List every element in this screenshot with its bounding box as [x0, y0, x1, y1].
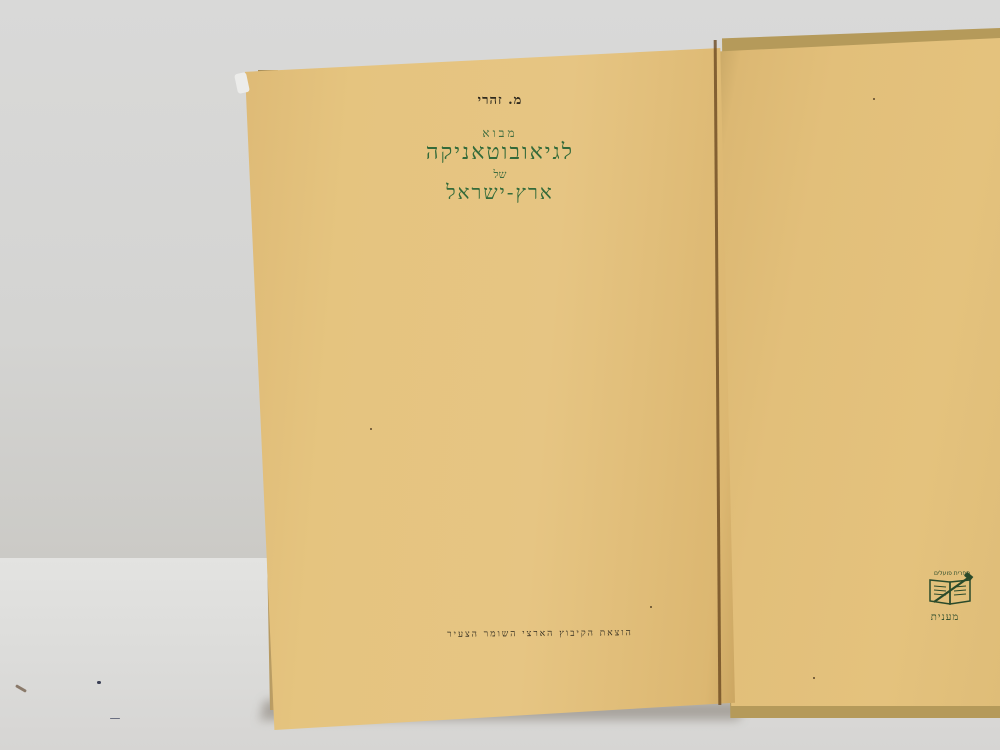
debris-speck	[97, 681, 101, 684]
open-book-hammer-icon: ספרית פועלים	[922, 568, 978, 608]
book-title-line-2: ארץ-ישראל	[380, 180, 620, 205]
publisher-logo: ספרית פועלים	[922, 568, 978, 608]
logo-caption: מענית	[915, 612, 975, 623]
paper-speck	[370, 428, 372, 430]
photo-scene: מ. זהרי מבוא לגיאובוטאניקה של ארץ-ישראל …	[0, 0, 1000, 750]
paper-speck	[650, 606, 652, 608]
paper-speck	[813, 677, 815, 679]
title-intro-word: מבוא	[380, 126, 620, 141]
debris-speck	[110, 718, 120, 719]
author-name: מ. זהרי	[380, 92, 620, 108]
book-title-line-1: לגיאובוטאניקה	[380, 140, 620, 166]
publisher-imprint: הוצאת הקיבוץ הארצי השומר הצעיר	[420, 627, 660, 640]
paper-speck	[873, 98, 875, 100]
